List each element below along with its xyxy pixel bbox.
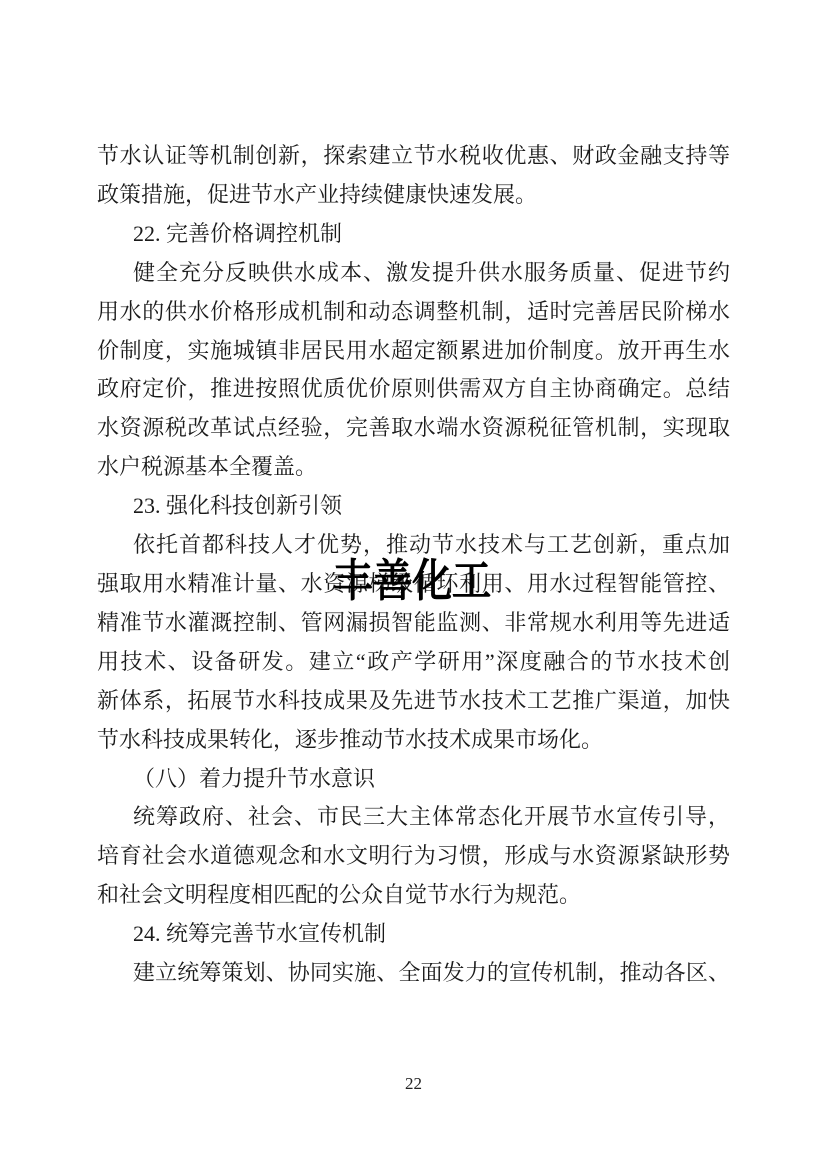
text-line: 统筹政府、社会、市民三大主体常态化开展节水宣传引导，	[97, 798, 730, 837]
document-page: 节水认证等机制创新，探索建立节水税收优惠、财政金融支持等 政策措施，促进节水产业…	[0, 0, 827, 1169]
text-line: 用技术、设备研发。建立“政产学研用”深度融合的节水技术创	[97, 643, 730, 682]
text-line: 新体系，拓展节水科技成果及先进节水技术工艺推广渠道，加快	[97, 682, 730, 721]
text-line: 健全充分反映供水成本、激发提升供水服务质量、促进节约	[97, 254, 730, 293]
text-line: 培育社会水道德观念和水文明行为习惯，形成与水资源紧缺形势	[97, 837, 730, 876]
text-line: 水资源税改革试点经验，完善取水端水资源税征管机制，实现取	[97, 409, 730, 448]
text-line: 和社会文明程度相匹配的公众自觉节水行为规范。	[97, 876, 730, 915]
text-line: 价制度，实施城镇非居民用水超定额累进加价制度。放开再生水	[97, 332, 730, 371]
text-line: 建立统筹策划、协同实施、全面发力的宣传机制，推动各区、	[97, 954, 730, 993]
text-line: 精准节水灌溉控制、管网漏损智能监测、非常规水利用等先进适	[97, 604, 730, 643]
text-line: 政策措施，促进节水产业持续健康快速发展。	[97, 176, 730, 215]
watermark-text: 丰善化工	[333, 558, 491, 603]
text-line: 政府定价，推进按照优质优价原则供需双方自主协商确定。总结	[97, 370, 730, 409]
text-line: 用水的供水价格形成机制和动态调整机制，适时完善居民阶梯水	[97, 293, 730, 332]
subsection-heading: （八）着力提升节水意识	[97, 760, 730, 799]
page-number: 22	[0, 1074, 827, 1094]
section-heading: 22. 完善价格调控机制	[97, 215, 730, 254]
text-line: 水户税源基本全覆盖。	[97, 448, 730, 487]
text-line: 节水认证等机制创新，探索建立节水税收优惠、财政金融支持等	[97, 137, 730, 176]
section-heading: 24. 统筹完善节水宣传机制	[97, 915, 730, 954]
section-heading: 23. 强化科技创新引领	[97, 487, 730, 526]
text-line: 节水科技成果转化，逐步推动节水技术成果市场化。	[97, 721, 730, 760]
